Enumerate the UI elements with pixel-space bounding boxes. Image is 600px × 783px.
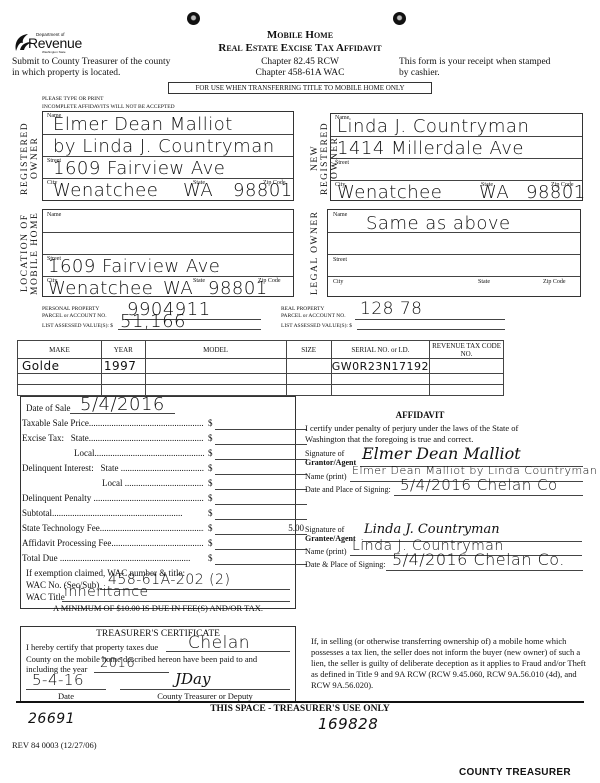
receipt-note: This form is your receipt when stamped b… [399,57,550,79]
treasurer-county-field[interactable]: Chelan [166,639,290,652]
dollar-sign: $ [208,508,213,518]
tax-lien-warning: If, in selling (or otherwise transferrin… [311,636,587,691]
fee-row-excise-state: Excise Tax: State.......................… [22,433,290,447]
treasurer-date-field[interactable]: 5-4-16 [26,675,106,690]
street-label: Street [335,160,349,166]
certify-line-1: I certify under penalty of perjury under… [305,423,518,434]
parcel-label: PARCEL or ACCOUNT NO. [281,313,346,320]
submit-text-1: Submit to County Treasurer of the county [12,57,170,68]
fee-amount-field[interactable] [215,448,307,460]
treasurer-date-label: Date [26,691,106,701]
new-owner-address[interactable]: 1414 Millerdale Ave [337,138,524,159]
punch-hole-left [187,12,200,25]
new-owner-city[interactable]: Wenatchee [337,182,442,203]
grantee-date-label: Date & Place of Signing: [305,560,385,569]
legal-owner-box: Name Street City State Zip Code Same as … [327,209,581,297]
notice-box: FOR USE WHEN TRANSFERRING TITLE TO MOBIL… [168,82,432,94]
treasurer-signature: JDay [175,670,210,688]
cell-make[interactable]: Golde [18,359,102,374]
treasurer-date: 5-4-16 [32,671,84,689]
fee-row-subtotal: Subtotal................................… [22,508,290,522]
registered-owner-name[interactable]: Elmer Dean Malliot [53,114,233,135]
dollar-sign: $ [208,463,213,473]
new-owner-name[interactable]: Linda J. Countryman [337,116,529,137]
legal-owner-name[interactable]: Same as above [366,213,511,234]
location-label: LOCATION OF MOBILE HOME [20,207,44,299]
dollar-sign: $ [208,478,213,488]
date-of-sale-label: Date of Sale [26,403,70,413]
cell-tax-code[interactable] [430,385,504,396]
dollar-sign: $ [208,523,213,533]
registered-owner-zip[interactable]: 98801 [233,180,293,201]
fee-amount-field[interactable] [215,493,307,505]
title-line-2: Real Estate Excise Tax Affidavit [200,42,400,55]
registered-owner-state[interactable]: WA [183,180,213,201]
cell-serial[interactable] [331,385,429,396]
fee-amount-field[interactable] [215,508,307,520]
fee-label: Local...................................… [22,448,204,458]
fee-row-delinquent-penalty: Delinquent Penalty .....................… [22,493,290,507]
table-row: Golde 1997 GW0R23N17192 [18,359,504,374]
mobile-home-table: MAKE YEAR MODEL SIZE SERIAL NO. or I.D. … [17,340,504,396]
location-box: Name Street City State Zip Code 1609 Fai… [42,209,294,297]
fee-row-total-due: Total Due ..............................… [22,553,290,567]
wac-title-value: inheritance [64,584,149,600]
state-label: State [478,279,490,285]
fee-row-excise-local: Local...................................… [22,448,290,462]
fee-label: Delinquent Interest: State .............… [22,463,204,473]
location-city[interactable]: Wenatchee [48,278,153,299]
personal-assessed-label: LIST ASSESSED VALUE(S): $ [42,323,113,329]
wac-title-field[interactable]: inheritance [62,589,290,602]
affidavit-title: AFFIDAVIT [300,410,540,420]
instruction-1: PLEASE TYPE OR PRINT [42,95,175,103]
receipt-text-1: This form is your receipt when stamped [399,57,550,68]
chapter-2: Chapter 458-61A WAC [200,68,400,79]
cell-year[interactable]: 1997 [101,359,145,374]
grantee-signature: Linda J. Countryman [364,522,500,537]
grantor-date-label: Date and Place of Signing: [305,485,391,494]
dollar-sign: $ [208,493,213,503]
registered-owner-label: REGISTERED OWNER [20,110,42,206]
fee-label: Excise Tax: State.......................… [22,433,204,443]
date-of-sale-value: 5/4/2016 [80,394,165,415]
cell-make[interactable] [18,374,102,385]
new-registered-owner-label: NEW REGISTERED OWNER [310,110,332,206]
registered-owner-name-2[interactable]: by Linda J. Countryman [53,136,275,157]
street-label: Street [333,257,347,263]
treasurer-county: Chelan [188,633,250,653]
real-assessed-field[interactable] [357,318,505,330]
name-label: Name [47,212,61,218]
date-of-sale-field[interactable]: 5/4/2016 [70,399,175,414]
footer-divider [16,701,584,703]
personal-property-labels: PERSONAL PROPERTY PARCEL or ACCOUNT NO. [42,306,107,320]
dollar-sign: $ [208,418,213,428]
real-property-label: REAL PROPERTY [281,306,346,313]
logo-line3: Washington State [42,50,66,54]
real-account-no: 128 78 [360,299,422,319]
fee-row-delinquent-state: Delinquent Interest: State .............… [22,463,290,477]
submit-text-2: in which property is located. [12,68,170,79]
registered-owner-box: Name Street City State Zip Code Elmer De… [42,111,294,201]
header-make: MAKE [18,341,102,359]
cell-serial[interactable]: GW0R23N17192 [331,359,429,374]
form-title: Mobile Home Real Estate Excise Tax Affid… [200,29,400,55]
header-tax-code: REVENUE TAX CODE NO. [430,341,504,359]
city-label: City [333,279,343,285]
fee-amount-field[interactable] [215,538,307,550]
fee-label: Affidavit Processing Fee................… [22,538,204,548]
form-number: REV 84 0003 (12/27/06) [12,740,97,750]
header-size: SIZE [286,341,331,359]
cell-tax-code[interactable] [430,359,504,374]
personal-property-label: PERSONAL PROPERTY [42,306,107,313]
dollar-sign: $ [208,538,213,548]
fee-row-state-technology-fee: State Technology Fee....................… [22,523,290,537]
dollar-sign: $ [208,433,213,443]
grantee-date-place: 5/4/2016 Chelan Co. [392,550,565,569]
cell-size[interactable] [286,374,331,385]
grantee-name-label: Name (print) [305,547,347,556]
grantor-agent-label: Grantor/Agent [305,458,356,467]
fee-amount-field[interactable] [215,418,307,430]
fee-row-delinquent-local: Local ..................................… [22,478,290,492]
grantee-agent-label: Grantee/Agent [305,534,356,543]
handwritten-number-left: 26691 [28,711,75,727]
cell-model[interactable] [145,385,286,396]
logo-wordmark: Revenue [28,36,82,50]
cell-tax-code[interactable] [430,374,504,385]
handwritten-number-right: 169828 [318,715,378,733]
location-zip[interactable]: 98801 [208,278,268,299]
cell-size[interactable] [286,359,331,374]
dollar-sign: $ [208,553,213,563]
grantee-date-field[interactable]: 5/4/2016 Chelan Co. [386,555,583,571]
personal-assessed-field[interactable]: 51,166 [118,318,261,330]
dollar-sign: $ [208,448,213,458]
minimum-notice: A MINIMUM OF $10.00 IS DUE IN FEE(S) AND… [20,603,296,613]
grantor-signature: Elmer Dean Malliot [362,444,521,463]
real-assessed-label: LIST ASSESSED VALUE(S): $ [281,323,352,329]
fee-amount-field[interactable] [215,433,307,445]
treasurer-signature-label: County Treasurer or Deputy [120,691,290,701]
affidavit-certification: I certify under penalty of perjury under… [305,423,518,445]
new-owner-state[interactable]: WA [479,182,509,203]
cell-serial[interactable] [331,374,429,385]
title-line-1: Mobile Home [200,29,400,42]
revenue-logo: Department of Revenue Washington State [12,31,102,55]
fee-label: Local ..................................… [22,478,204,488]
fee-amount-field[interactable]: 5.00 [215,523,307,535]
punch-hole-right [393,12,406,25]
location-state[interactable]: WA [163,278,193,299]
location-street[interactable]: 1609 Fairview Ave [48,256,220,277]
wac-title-label: WAC Title [26,592,65,602]
fee-label: Delinquent Penalty .....................… [22,493,204,503]
grantor-signature-label: Signature of Grantor/Agent [305,449,356,467]
state-label: State [193,278,205,284]
fee-row-taxable-sale-price: Taxable Sale Price......................… [22,418,290,432]
chapter-refs: Chapter 82.45 RCW Chapter 458-61A WAC [200,57,400,79]
grantor-name-label: Name (print) [305,472,347,481]
zip-label: Zip Code [543,279,566,285]
table-row [18,374,504,385]
instruction-2: INCOMPLETE AFFIDAVITS WILL NOT BE ACCEPT… [42,103,175,111]
treasurer-line-1: I hereby certify that property taxes due [26,642,158,652]
signature-of-label: Signature of [305,525,356,534]
registered-owner-city[interactable]: Wenatchee [53,180,158,201]
fee-label: Total Due ..............................… [22,553,204,563]
treasurer-year-field[interactable]: 2016 [94,661,169,673]
treasurer-certificate-title: TREASURER'S CERTIFICATE [20,629,296,639]
name-label: Name [333,212,347,218]
header-year: YEAR [101,341,145,359]
table-header-row: MAKE YEAR MODEL SIZE SERIAL NO. or I.D. … [18,341,504,359]
header-model: MODEL [145,341,286,359]
fee-label: Taxable Sale Price......................… [22,418,204,428]
cell-model[interactable] [145,359,286,374]
header-serial: SERIAL NO. or I.D. [331,341,429,359]
fee-amount-field[interactable] [215,478,307,490]
cell-model[interactable] [145,374,286,385]
fee-label: Subtotal................................… [22,508,204,518]
new-owner-box: Name Street City State Zip Code Linda J.… [330,113,583,201]
treasurer-signature-field[interactable]: JDay [120,675,290,690]
instructions: PLEASE TYPE OR PRINT INCOMPLETE AFFIDAVI… [42,95,175,111]
receipt-text-2: by cashier. [399,68,550,79]
fee-amount-field[interactable] [215,463,307,475]
fee-label: State Technology Fee....................… [22,523,204,533]
submit-instructions: Submit to County Treasurer of the county… [12,57,170,79]
grantee-signature-label: Signature of Grantee/Agent [305,525,356,543]
county-treasurer-stamp: COUNTY TREASURER [459,767,571,778]
treasurer-use-only-label: THIS SPACE - TREASURER'S USE ONLY [16,704,584,714]
fee-row-affidavit-processing-fee: Affidavit Processing Fee................… [22,538,290,552]
chapter-1: Chapter 82.45 RCW [200,57,400,68]
grantor-date-place: 5/4/2016 Chelan Co [400,476,558,494]
cell-size[interactable] [286,385,331,396]
new-owner-zip[interactable]: 98801 [526,182,586,203]
grantor-date-field[interactable]: 5/4/2016 Chelan Co [394,481,583,496]
treasurer-year: 2016 [100,656,135,671]
parcel-label: PARCEL or ACCOUNT NO. [42,313,107,320]
registered-owner-street[interactable]: 1609 Fairview Ave [53,158,225,179]
real-property-labels: REAL PROPERTY PARCEL or ACCOUNT NO. [281,306,346,320]
personal-assessed-value: 51,166 [120,311,186,332]
cell-year[interactable] [101,374,145,385]
fee-amount-field[interactable] [215,553,307,565]
signature-of-label: Signature of [305,449,356,458]
